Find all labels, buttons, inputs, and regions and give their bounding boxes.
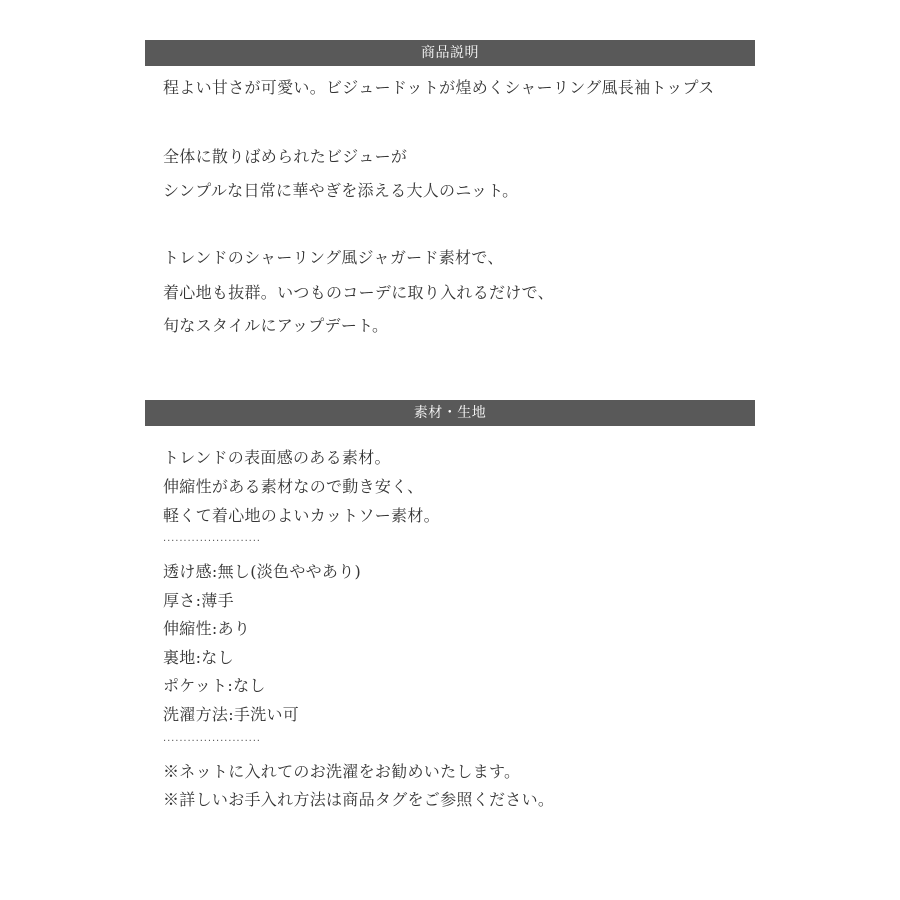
section-header-product-description: 商品説明	[145, 40, 755, 66]
material-intro-line: 伸縮性がある素材なので動き安く、	[163, 477, 423, 497]
spec-line-lining: 裏地:なし	[163, 648, 234, 668]
section-title: 商品説明	[421, 45, 479, 61]
description-line: シンプルな日常に華やぎを添える大人のニット。	[163, 181, 518, 201]
spec-line-stretch: 伸縮性:あり	[163, 619, 250, 639]
material-intro-line: 軽くて着心地のよいカットソー素材。	[163, 506, 440, 526]
description-line: 全体に散りばめられたビジューが	[163, 147, 407, 167]
spec-line-pocket: ポケット:なし	[163, 676, 266, 696]
spec-line-transparency: 透け感:無し(淡色ややあり)	[163, 562, 361, 582]
description-line: トレンドのシャーリング風ジャガード素材で、	[163, 248, 504, 268]
dotted-divider: ························	[163, 536, 261, 548]
spec-line-thickness: 厚さ:薄手	[163, 591, 234, 611]
section-title: 素材・生地	[414, 405, 487, 421]
dotted-divider: ························	[163, 736, 261, 748]
description-line: 程よい甘さが可愛い。ビジュードットが煌めくシャーリング風長袖トップス	[163, 78, 714, 98]
description-line: 着心地も抜群。いつものコーデに取り入れるだけで、	[163, 283, 554, 303]
section-header-material: 素材・生地	[145, 400, 755, 426]
material-intro-line: トレンドの表面感のある素材。	[163, 448, 391, 468]
care-note: ※詳しいお手入れ方法は商品タグをご参照ください。	[163, 790, 554, 810]
care-note: ※ネットに入れてのお洗濯をお勧めいたします。	[163, 762, 520, 782]
spec-line-washing: 洗濯方法:手洗い可	[163, 705, 299, 725]
description-line: 旬なスタイルにアップデート。	[163, 316, 388, 336]
